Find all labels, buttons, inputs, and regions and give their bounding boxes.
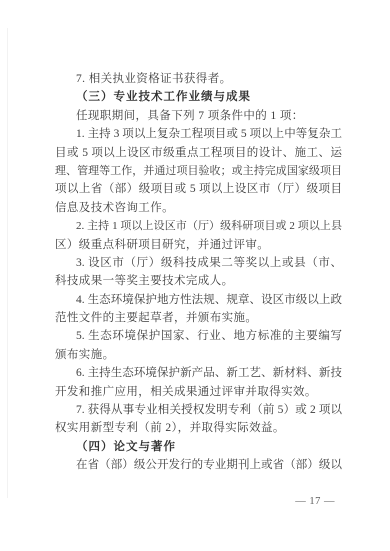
text-line: 6. 主持生态环境保护新产品、新工艺、新材料、新技术的: [55, 364, 342, 382]
document-text-block: 7. 相关执业资格证书获得者。（三）专业技术工作业绩与成果任现职期间，具备下列 …: [55, 70, 342, 475]
text-line: 目或 5 项以上设区市级重点工程项目的设计、施工、运行、监: [55, 144, 342, 162]
text-line: 7. 相关执业资格证书获得者。: [55, 70, 342, 88]
scan-edge-artifact: [7, 28, 8, 498]
page-number: — 17 —: [55, 495, 335, 508]
text-line: 1. 主持 3 项以上复杂工程项目或 5 项以上中等复杂工程项: [55, 125, 342, 143]
text-line: 3. 设区市（厅）级科技成果二等奖以上或县（市、区）级: [55, 254, 342, 272]
text-line: 7. 获得从事专业相关授权发明专利（前 5）或 2 项以上授: [55, 401, 342, 419]
document-page: 7. 相关执业资格证书获得者。（三）专业技术工作业绩与成果任现职期间，具备下列 …: [0, 0, 390, 551]
text-line: 信息及技术咨询工作。: [55, 199, 342, 217]
section-heading: （三）专业技术工作业绩与成果: [55, 88, 342, 106]
text-line: 权实用新型专利（前 2），并取得实际效益。: [55, 419, 342, 437]
text-line: 开发和推广应用，相关成果通过评审并取得实效。: [55, 383, 342, 401]
text-line: 颁布实施。: [55, 346, 342, 364]
text-line: 5. 生态环境保护国家、行业、地方标准的主要编写者，并: [55, 327, 342, 345]
text-line: 范性文件的主要起草者，并颁布实施。: [55, 309, 342, 327]
text-line: 区）级重点科研项目研究，并通过评审。: [55, 236, 342, 254]
text-line: 在省（部）级公开发行的专业期刊上或省（部）级以上专: [55, 456, 342, 474]
section-heading: （四）论文与著作: [55, 438, 342, 456]
text-line: 项以上省（部）级项目或 5 项以上设区市（厅）级项目的环境: [55, 180, 342, 198]
text-line: 科技成果一等奖主要技术完成人。: [55, 272, 342, 290]
text-line: 理、管理等工作，并通过项目验收；或主持完成国家级项目或 3: [55, 162, 342, 180]
text-line: 任现职期间，具备下列 7 项条件中的 1 项：: [55, 107, 342, 125]
text-line: 2. 主持 1 项以上设区市（厅）级科研项目或 2 项以上县（市、: [55, 217, 342, 235]
text-line: 4. 生态环境保护地方性法规、规章、设区市级以上政府规: [55, 291, 342, 309]
